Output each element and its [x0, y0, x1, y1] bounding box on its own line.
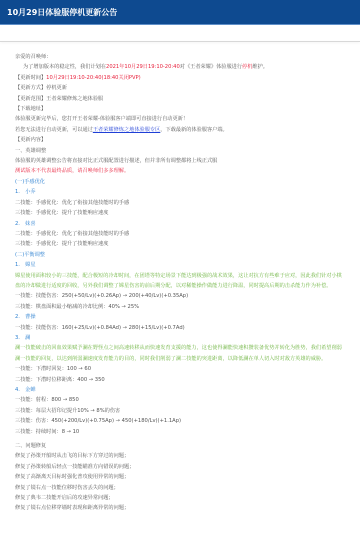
hero-note: 澜一技能破击的回血效果赋予澜在野怪点之间高速转移从而快速发育支援的能力，这也使得… [15, 343, 345, 364]
change-line: 三技能：棋盘面积最小缩减的冷却比例：40% → 25% [15, 302, 345, 312]
change-line: 二技能：下潜时位移距离：400 → 350 [15, 375, 345, 385]
update-method: 【更新方式】停机更新 [15, 83, 345, 93]
change-line: 三技能：手感优化：提升了技能响应速度 [15, 239, 345, 249]
download-label: 【下载地址】 [15, 104, 345, 114]
fix-line: 修复了孙策转船后轻点一技能瞄准方向错误的问题； [15, 462, 345, 472]
fix-line: 修复了高渐离天目标时强化普攻使用异常的问题； [15, 472, 345, 482]
change-line: 三技能：手感优化：提升了技能响应速度 [15, 208, 345, 218]
hero-name: 4. 金蝉 [15, 385, 345, 395]
hero-name: 2. 曹操 [15, 312, 345, 322]
update-time-value: 10月29日19:10-20:40(18:40关闭PVP) [46, 75, 141, 81]
download-line-2: 若您无法进行自动更新，可以通过王者荣耀修炼之地体验服专区，下载最新的体验服客户端… [15, 125, 345, 135]
fix-line: 修复了孙策开船时从击飞的目标下方穿过的问题； [15, 451, 345, 461]
section-2-title: 二、问题修复 [15, 441, 345, 451]
intro-time: 2021年10月29日19:10-20:40 [106, 64, 180, 70]
intro-paragraph: 为了增加版本的稳定性，我们计划在2021年10月29日19:10-20:40对《… [15, 62, 345, 72]
change-line: 二技能：手感优化：优化了衔接其他技能时的手感 [15, 229, 345, 239]
hero-name: 3. 澜 [15, 333, 345, 343]
section-1-warning: 测试版本不代表最终品质，请召唤师们多多理解。 [15, 166, 345, 176]
section-1-desc: 体验服的英雄调整公告将直接对比正式服配置进行描述，但并非所有调整都将上线正式服 [15, 156, 345, 166]
update-time: 【更新时间】10月29日19:10-20:40(18:40关闭PVP) [15, 73, 345, 83]
change-line: 一技能：技能伤害：250(+50/Lv)(+0.26Ap) → 200(+40/… [15, 291, 345, 301]
update-method-value: 停机更新 [46, 85, 67, 91]
hero-name: 1. 嫦星 [15, 260, 345, 270]
content-label: 【更新内容】 [15, 135, 345, 145]
change-line: 一技能：射程：800 → 850 [15, 395, 345, 405]
fix-line: 修复了镜右点一技能位移时伤害丢失的问题； [15, 483, 345, 493]
greeting: 亲爱的召唤师： [15, 52, 345, 62]
update-method-label: 【更新方式】 [15, 85, 46, 91]
intro-action: 停机 [242, 64, 252, 70]
change-line: 三技能：伤害：450(+200/Lv)(+0.75Ap) → 450(+180/… [15, 416, 345, 426]
update-scope-label: 【更新范围】 [15, 96, 46, 102]
hero-note: 嫦星使用面积较小的三技能，配合极短的冷却时间，在团塔等特定场景下能达到极强的战术… [15, 271, 345, 292]
page-title: 10月29日体验服停机更新公告 [7, 7, 117, 18]
intro-text-end: 维护。 [252, 64, 268, 70]
change-line: 二技能：手感优化：优化了衔接其他技能时的手感 [15, 198, 345, 208]
change-line: 一技能：下潜时回复：100 → 60 [15, 364, 345, 374]
change-line: 一技能：技能伤害：160(+25/Lv)(+0.84Ad) → 280(+15/… [15, 323, 345, 333]
change-line: 三技能：每层大招印记提升10% → 8%的伤害 [15, 406, 345, 416]
hero-name: 1. 小乔 [15, 187, 345, 197]
section-1-title: 一、英雄调整 [15, 146, 345, 156]
download-link[interactable]: 王者荣耀修炼之地体验服专区 [93, 127, 160, 133]
article-body: 亲爱的召唤师： 为了增加版本的稳定性，我们计划在2021年10月29日19:10… [0, 42, 360, 514]
fix-line: 修复了镜右点位移穿墙时表现和距离异常的问题； [15, 503, 345, 513]
fix-line: 修复了典韦二技能开启后的攻速异常问题； [15, 493, 345, 503]
hero-name: 2. 妹喜 [15, 219, 345, 229]
download-text: 若您无法进行自动更新，可以通过 [15, 127, 93, 133]
update-time-label: 【更新时间】 [15, 75, 46, 81]
download-line-1: 体验服更新完毕后，您打开王者荣耀-体验服客户端即可直接进行自动更新！ [15, 114, 345, 124]
intro-text: 为了增加版本的稳定性，我们计划在 [23, 64, 106, 70]
download-text-end: ，下载最新的体验服客户端。 [160, 127, 227, 133]
update-scope: 【更新范围】王者荣耀修炼之地体验服 [15, 94, 345, 104]
page-header: 10月29日体验服停机更新公告 [0, 0, 360, 25]
change-line: 三技能：持续时间：8 → 10 [15, 427, 345, 437]
update-scope-value: 王者荣耀修炼之地体验服 [46, 96, 103, 102]
subsection-balance-title: (二)平衡调整 [15, 250, 345, 260]
subsection-feel-title: (一)手感优化 [15, 177, 345, 187]
intro-text-mid: 对《王者荣耀》体验服进行 [180, 64, 242, 70]
